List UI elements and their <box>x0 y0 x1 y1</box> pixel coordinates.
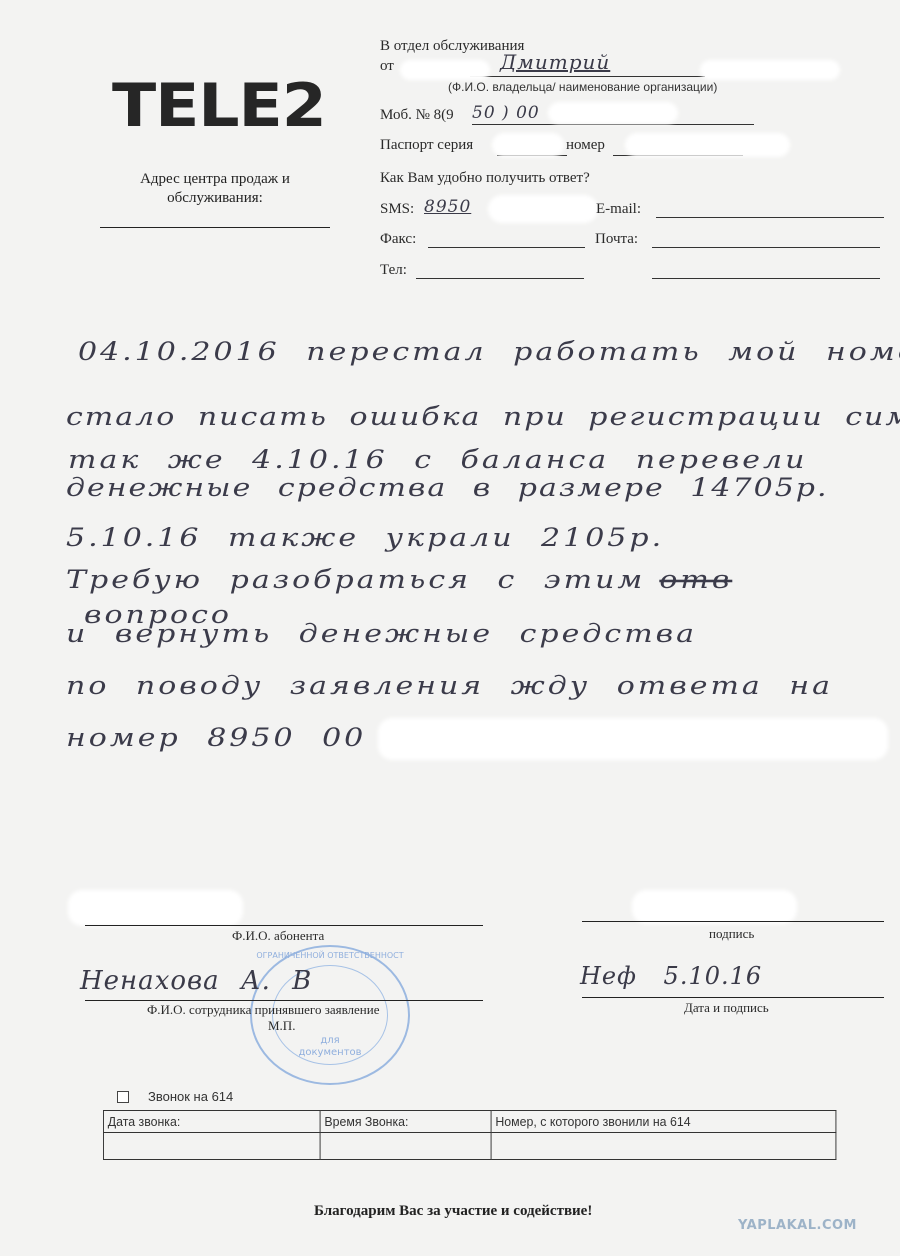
thanks-message: Благодарим Вас за участие и содействие! <box>314 1203 592 1220</box>
phone-label: Тел: <box>380 262 407 279</box>
employee-name-line[interactable] <box>85 1000 483 1001</box>
extra-field[interactable] <box>652 278 880 279</box>
complaint-line: по поводу заявления жду ответа на <box>66 671 833 701</box>
table-row <box>103 1133 835 1160</box>
call-614-checkbox[interactable] <box>117 1091 129 1103</box>
complaint-line: 04.10.2016 перестал работать мой номер <box>78 337 900 367</box>
call-614-label: Звонок на 614 <box>148 1089 233 1104</box>
response-question: Как Вам удобно получить ответ? <box>380 170 590 187</box>
fax-field[interactable] <box>428 247 585 248</box>
signature-label: подпись <box>709 926 754 942</box>
redacted-subscriber-name <box>68 890 243 926</box>
date-signature-label: Дата и подпись <box>684 1000 769 1016</box>
complaint-line: номер 8950 00 <box>66 723 366 753</box>
redacted-passport-number <box>625 133 790 157</box>
column-header-caller-number: Номер, с которого звонили на 614 <box>491 1111 836 1133</box>
column-header-call-date: Дата звонка: <box>103 1111 320 1133</box>
redacted-surname-1 <box>400 60 490 80</box>
table-header-row: Дата звонка: Время Звонка: Номер, с кото… <box>103 1111 835 1133</box>
call-time-cell[interactable] <box>320 1133 491 1160</box>
address-label-line2: обслуживания: <box>100 189 330 208</box>
watermark: YAPLAKAL.COM <box>738 1218 857 1233</box>
complaint-line-text: Требую разобраться с этим <box>66 565 645 595</box>
complaint-line: денежные средства в размере 14705р. <box>66 473 829 503</box>
phone-field[interactable] <box>416 278 584 279</box>
redacted-mobile <box>548 102 678 124</box>
sms-label: SMS: <box>380 201 414 218</box>
subscriber-name-label: Ф.И.О. абонента <box>232 928 324 944</box>
sms-value: 8950 <box>424 197 471 217</box>
stamp-top-text: ОГРАНИЧЕННОЙ ОТВЕТСТВЕННОСТ <box>252 951 408 960</box>
from-value: Дмитрий <box>500 50 610 74</box>
email-field[interactable] <box>656 217 884 218</box>
address-label: Адрес центра продаж и обслуживания: <box>100 170 330 208</box>
redacted-subscriber-signature <box>632 890 797 924</box>
fax-label: Факс: <box>380 231 416 248</box>
call-date-cell[interactable] <box>103 1133 320 1160</box>
complaint-line: стало писать ошибка при регистрации сим <box>66 402 900 432</box>
mobile-field[interactable] <box>472 124 754 125</box>
date-signature-line[interactable] <box>582 997 884 998</box>
from-field[interactable] <box>470 76 705 77</box>
from-label: от <box>380 58 394 75</box>
stamp-middle-text: для <box>252 1035 408 1046</box>
address-field[interactable] <box>100 227 330 228</box>
complaint-line: и вернуть денежные средства <box>66 619 697 649</box>
complaint-line: так же 4.10.16 с баланса перевели <box>68 445 807 475</box>
caller-number-cell[interactable] <box>491 1133 836 1160</box>
redacted-callback-number <box>378 718 888 760</box>
address-label-line1: Адрес центра продаж и <box>100 170 330 189</box>
mail-label: Почта: <box>595 231 638 248</box>
passport-number-label: номер <box>566 137 605 154</box>
call-details-table: Дата звонка: Время Звонка: Номер, с кото… <box>103 1110 836 1160</box>
struck-word: отв <box>659 565 732 595</box>
email-label: E-mail: <box>596 201 641 218</box>
from-hint: (Ф.И.О. владельца/ наименование организа… <box>448 80 717 94</box>
redacted-surname-2 <box>700 60 840 80</box>
employee-name-value: Ненахова А. В <box>80 966 312 996</box>
mobile-value: 50 ) 00 <box>472 103 540 123</box>
mobile-label: Моб. № 8(9 <box>380 107 454 124</box>
passport-series-label: Паспорт серия <box>380 137 473 154</box>
employee-name-label: Ф.И.О. сотрудника принявшего заявление <box>147 1002 379 1018</box>
seal-label: М.П. <box>268 1018 295 1034</box>
column-header-call-time: Время Звонка: <box>320 1111 491 1133</box>
redacted-passport-series <box>492 133 564 157</box>
complaint-line: 5.10.16 также украли 2105р. <box>66 523 664 553</box>
stamp-bottom-text: документов <box>252 1047 408 1058</box>
redacted-sms <box>488 195 598 223</box>
subscriber-name-line[interactable] <box>85 925 483 926</box>
mail-field[interactable] <box>652 247 880 248</box>
signature-line[interactable] <box>582 921 884 922</box>
date-signature-value: Неф 5.10.16 <box>580 962 762 990</box>
tele2-logo: TELE2 <box>112 76 326 136</box>
